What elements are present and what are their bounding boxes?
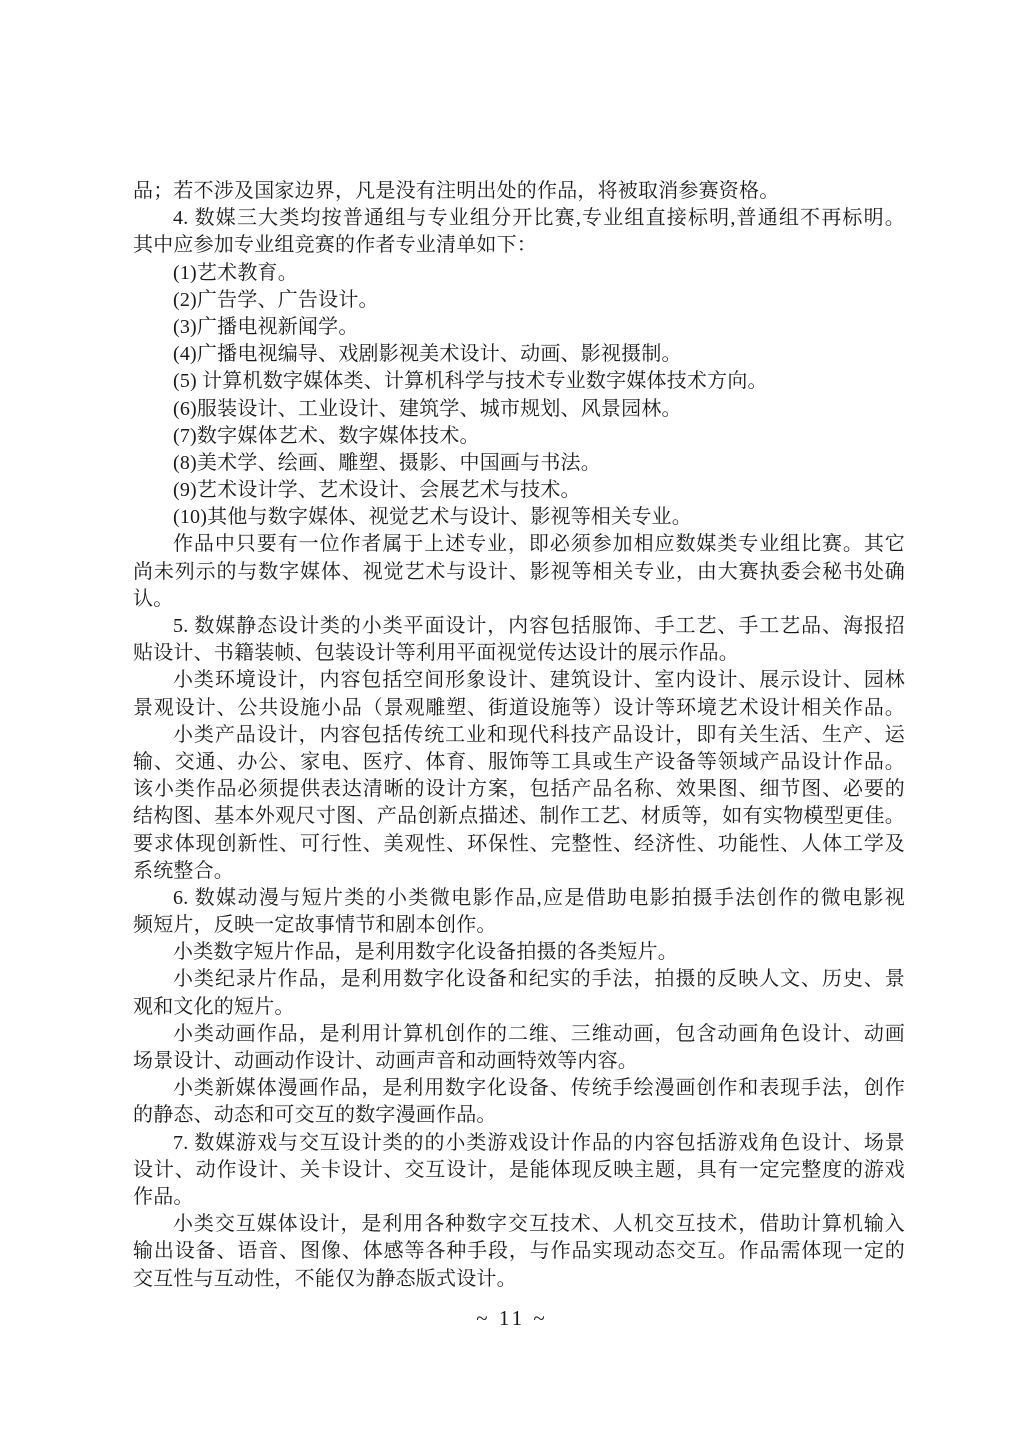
text-line: (9)艺术设计学、艺术设计、会展艺术与技术。	[133, 477, 905, 504]
text-line: 4. 数媒三大类均按普通组与专业组分开比赛,专业组直接标明,普通组不再标明。	[133, 205, 905, 232]
text-line: 该小类作品必须提供表达清晰的设计方案，包括产品名称、效果图、细节图、必要的	[133, 776, 905, 803]
text-line: 作品。	[133, 1184, 905, 1211]
text-line: 小类环境设计，内容包括空间形象设计、建筑设计、室内设计、展示设计、园林	[133, 667, 905, 694]
text-line: (10)其他与数字媒体、视觉艺术与设计、影视等相关专业。	[133, 504, 905, 531]
text-line: 小类产品设计，内容包括传统工业和现代科技产品设计，即有关生活、生产、运	[133, 722, 905, 749]
text-line: 设计、动作设计、关卡设计、交互设计，是能体现反映主题，具有一定完整度的游戏	[133, 1157, 905, 1184]
text-line: 景观设计、公共设施小品（景观雕塑、街道设施等）设计等环境艺术设计相关作品。	[133, 695, 905, 722]
document-page: 品；若不涉及国家边界，凡是没有注明出处的作品，将被取消参赛资格。4. 数媒三大类…	[0, 0, 1024, 1449]
text-line: 小类交互媒体设计，是利用各种数字交互技术、人机交互技术，借助计算机输入	[133, 1211, 905, 1238]
text-line: 小类纪录片作品，是利用数字化设备和纪实的手法，拍摄的反映人文、历史、景	[133, 966, 905, 993]
text-line: 结构图、基本外观尺寸图、产品创新点描述、制作工艺、材质等，如有实物模型更佳。	[133, 803, 905, 830]
text-line: 其中应参加专业组竞赛的作者专业清单如下：	[133, 232, 905, 259]
text-line: 7. 数媒游戏与交互设计类的的小类游戏设计作品的内容包括游戏角色设计、场景	[133, 1130, 905, 1157]
text-line: 的静态、动态和可交互的数字漫画作品。	[133, 1102, 905, 1129]
text-line: 观和文化的短片。	[133, 994, 905, 1021]
text-line: 5. 数媒静态设计类的小类平面设计，内容包括服饰、手工艺、手工艺品、海报招	[133, 613, 905, 640]
text-line: 小类数字短片作品，是利用数字化设备拍摄的各类短片。	[133, 939, 905, 966]
text-line: 频短片，反映一定故事情节和剧本创作。	[133, 912, 905, 939]
text-line: 品；若不涉及国家边界，凡是没有注明出处的作品，将被取消参赛资格。	[133, 178, 905, 205]
text-line: 交互性与互动性，不能仅为静态版式设计。	[133, 1266, 905, 1293]
text-line: (7)数字媒体艺术、数字媒体技术。	[133, 423, 905, 450]
text-line: 6. 数媒动漫与短片类的小类微电影作品,应是借助电影拍摄手法创作的微电影视	[133, 885, 905, 912]
text-line: 小类动画作品，是利用计算机创作的二维、三维动画，包含动画角色设计、动画	[133, 1021, 905, 1048]
text-line: 输、交通、办公、家电、医疗、体育、服饰等工具或生产设备等领域产品设计作品。	[133, 749, 905, 776]
page-body: 品；若不涉及国家边界，凡是没有注明出处的作品，将被取消参赛资格。4. 数媒三大类…	[133, 178, 905, 1293]
text-line: 小类新媒体漫画作品，是利用数字化设备、传统手绘漫画创作和表现手法，创作	[133, 1075, 905, 1102]
text-line: (5) 计算机数字媒体类、计算机科学与技术专业数字媒体技术方向。	[133, 368, 905, 395]
text-line: 贴设计、书籍装帧、包装设计等利用平面视觉传达设计的展示作品。	[133, 640, 905, 667]
text-line: (1)艺术教育。	[133, 260, 905, 287]
text-line: 系统整合。	[133, 858, 905, 885]
text-line: 认。	[133, 586, 905, 613]
text-line: (4)广播电视编导、戏剧影视美术设计、动画、影视摄制。	[133, 341, 905, 368]
text-line: 尚未列示的与数字媒体、视觉艺术与设计、影视等相关专业，由大赛执委会秘书处确	[133, 559, 905, 586]
page-number: ~ 11 ~	[0, 1306, 1024, 1331]
text-line: 场景设计、动画动作设计、动画声音和动画特效等内容。	[133, 1048, 905, 1075]
text-line: (3)广播电视新闻学。	[133, 314, 905, 341]
text-line: 作品中只要有一位作者属于上述专业，即必须参加相应数媒类专业组比赛。其它	[133, 531, 905, 558]
text-line: (6)服装设计、工业设计、建筑学、城市规划、风景园林。	[133, 396, 905, 423]
text-line: 输出设备、语音、图像、体感等各种手段，与作品实现动态交互。作品需体现一定的	[133, 1238, 905, 1265]
text-line: 要求体现创新性、可行性、美观性、环保性、完整性、经济性、功能性、人体工学及	[133, 831, 905, 858]
text-line: (2)广告学、广告设计。	[133, 287, 905, 314]
text-line: (8)美术学、绘画、雕塑、摄影、中国画与书法。	[133, 450, 905, 477]
